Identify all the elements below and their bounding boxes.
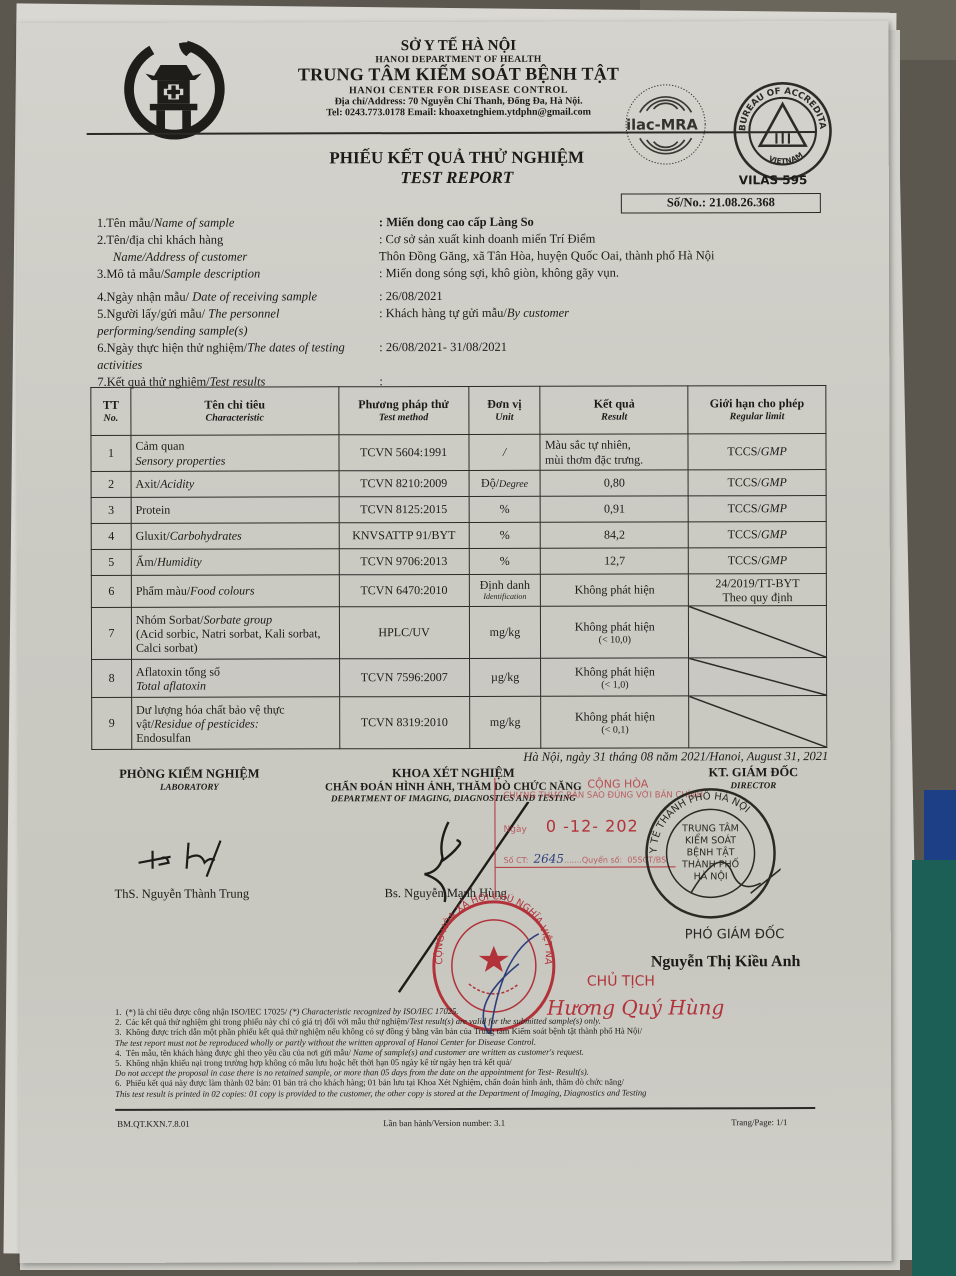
sample-info-values: : Miến dong cao cấp Làng So : Cơ sở sản …	[379, 213, 819, 390]
cdc-round-stamp-icon: Y TẾ THÀNH PHỐ HÀ NỘI TRUNG TÂM KIỂM SOÁ…	[640, 783, 780, 923]
table-header-row: TTNo. Tên chỉ tiêuCharacteristic Phương …	[91, 386, 826, 436]
not-applicable-cell	[689, 606, 827, 658]
form-code: BM.QT.KXN.7.8.01	[117, 1119, 189, 1129]
svg-text:VIETNAM: VIETNAM	[767, 150, 804, 165]
teal-book-spine	[912, 860, 956, 1276]
info-label-2: 2.Tên/địa chỉ khách hàng	[97, 231, 397, 249]
lab-signer-name: ThS. Nguyễn Thành Trung	[115, 887, 250, 902]
certify-number: 2645	[533, 852, 564, 866]
center-en: HANOI CENTER FOR DISEASE CONTROL	[289, 84, 629, 96]
not-applicable-cell	[689, 658, 827, 696]
lab-signature-icon	[130, 828, 290, 878]
info-label-3: 3.Mô tả mẫu/Sample description	[97, 265, 397, 283]
col-result: Kết quảResult	[540, 386, 688, 434]
version-number: Lần ban hành/Version number: 3.1	[383, 1118, 505, 1128]
svg-text:BỆNH TẬT: BỆNH TẬT	[687, 846, 735, 858]
chairman-title: CHỦ TỊCH	[587, 973, 655, 989]
title-vn: PHIẾU KẾT QUẢ THỬ NGHIỆM	[297, 148, 617, 169]
info-label-4: 4.Ngày nhận mẫu/ Date of receiving sampl…	[97, 288, 397, 306]
sample-description: : Miến dong sóng sợi, khô giòn, không gã…	[379, 264, 819, 282]
table-row: 8 Aflatoxin tổng sốTotal aflatoxin TCVN …	[92, 658, 827, 698]
results-table: TTNo. Tên chỉ tiêuCharacteristic Phương …	[90, 385, 827, 750]
customer-name: : Cơ sở sản xuất kinh doanh miến Trí Điể…	[379, 230, 819, 248]
svg-text:BUREAU OF ACCREDITATION: BUREAU OF ACCREDITATION	[731, 79, 828, 132]
not-applicable-cell	[689, 696, 827, 748]
footnotes: 1. (*) là chỉ tiêu được công nhận ISO/IE…	[115, 1005, 815, 1099]
footer-divider	[115, 1107, 815, 1110]
sample-info-labels: 1.Tên mẫu/Name of sample 2.Tên/địa chỉ k…	[97, 214, 397, 391]
bureau-of-accreditation-logo-icon: BUREAU OF ACCREDITATION VIETNAM	[731, 79, 835, 183]
deputy-director-title: PHÓ GIÁM ĐỐC	[685, 927, 785, 942]
svg-text:KIỂM SOÁT: KIỂM SOÁT	[685, 833, 736, 846]
col-unit: Đơn vịUnit	[468, 386, 540, 434]
info-label-2-en: Name/Address of customer	[97, 248, 397, 266]
customer-address: Thôn Đồng Găng, xã Tân Hòa, huyện Quốc O…	[379, 247, 819, 265]
ilac-mra-logo-icon: ilac-MRA	[623, 81, 709, 167]
vilas-code: VILAS 595	[739, 173, 808, 187]
col-no: TTNo.	[91, 387, 131, 435]
sample-name: : Miến dong cao cấp Làng So	[379, 213, 819, 231]
hanoi-cdc-logo-icon	[119, 35, 227, 143]
sender: : Khách hàng tự gửi mẫu/By customer	[379, 304, 819, 322]
info-label-6: 6.Ngày thực hiện thử nghiệm/The dates of…	[97, 339, 357, 374]
svg-text:ilac-MRA: ilac-MRA	[626, 117, 698, 134]
table-row: 2 Axit/Acidity TCVN 8210:2009 Độ/Degree …	[91, 470, 826, 498]
table-row: 5 Ẩm/Humidity TCVN 9706:2013 % 12,7 TCCS…	[91, 548, 826, 576]
page-number: Trang/Page: 1/1	[731, 1117, 787, 1127]
deputy-director-name: Nguyễn Thị Kiều Anh	[651, 953, 801, 971]
testing-dates: : 26/08/2021- 31/08/2021	[379, 338, 819, 356]
table-row: 9 Dư lượng hóa chất bảo vệ thực vật/Resi…	[92, 696, 827, 750]
table-row: 1 Cảm quanSensory properties TCVN 5604:1…	[91, 434, 826, 472]
receive-date: : 26/08/2021	[379, 287, 819, 305]
table-row: 7 Nhóm Sorbat/Sorbate group(Acid sorbic,…	[91, 606, 826, 660]
table-row: 4 Gluxit/Carbohydrates KNVSATTP 91/BYT %…	[91, 522, 826, 550]
certify-date: 0 -12- 202	[546, 817, 639, 836]
col-limit: Giới hạn cho phépRegular limit	[688, 386, 826, 434]
svg-text:TRUNG TÂM: TRUNG TÂM	[681, 822, 739, 834]
issue-date: Hà Nội, ngày 31 tháng 08 năm 2021/Hanoi,…	[398, 749, 828, 765]
organization-header: SỞ Y TẾ HÀ NỘI HANOI DEPARTMENT OF HEALT…	[288, 38, 628, 119]
table-row: 6 Phẩm màu/Food colours TCVN 6470:2010 Đ…	[91, 574, 826, 608]
info-label-5: 5.Người lấy/gửi mẫu/ The personnel perfo…	[97, 305, 337, 340]
blue-book-spine	[924, 790, 956, 860]
test-report-page: SỞ Y TẾ HÀ NỘI HANOI DEPARTMENT OF HEALT…	[16, 21, 891, 1263]
table-row: 3 Protein TCVN 8125:2015 % 0,91 TCCS/GMP	[91, 496, 826, 524]
center-vn: TRUNG TÂM KIỂM SOÁT BỆNH TẬT	[288, 64, 628, 85]
title-en: TEST REPORT	[297, 168, 617, 189]
contact: Tel: 0243.773.0178 Email: khoaxetnghiem.…	[289, 106, 629, 118]
col-characteristic: Tên chỉ tiêuCharacteristic	[131, 387, 339, 436]
dept-vn: SỞ Y TẾ HÀ NỘI	[288, 38, 628, 55]
report-title: PHIẾU KẾT QUẢ THỬ NGHIỆM TEST REPORT	[297, 148, 617, 189]
report-number: Số/No.: 21.08.26.368	[621, 193, 821, 214]
lab-signature-block: PHÒNG KIỂM NGHIỆM LABORATORY	[104, 766, 274, 791]
address: Địa chỉ/Address: 70 Nguyễn Chí Thanh, Đố…	[289, 95, 629, 107]
col-test-method: Phương pháp thửTest method	[339, 386, 469, 434]
info-label-1: 1.Tên mẫu/Name of sample	[97, 214, 397, 232]
